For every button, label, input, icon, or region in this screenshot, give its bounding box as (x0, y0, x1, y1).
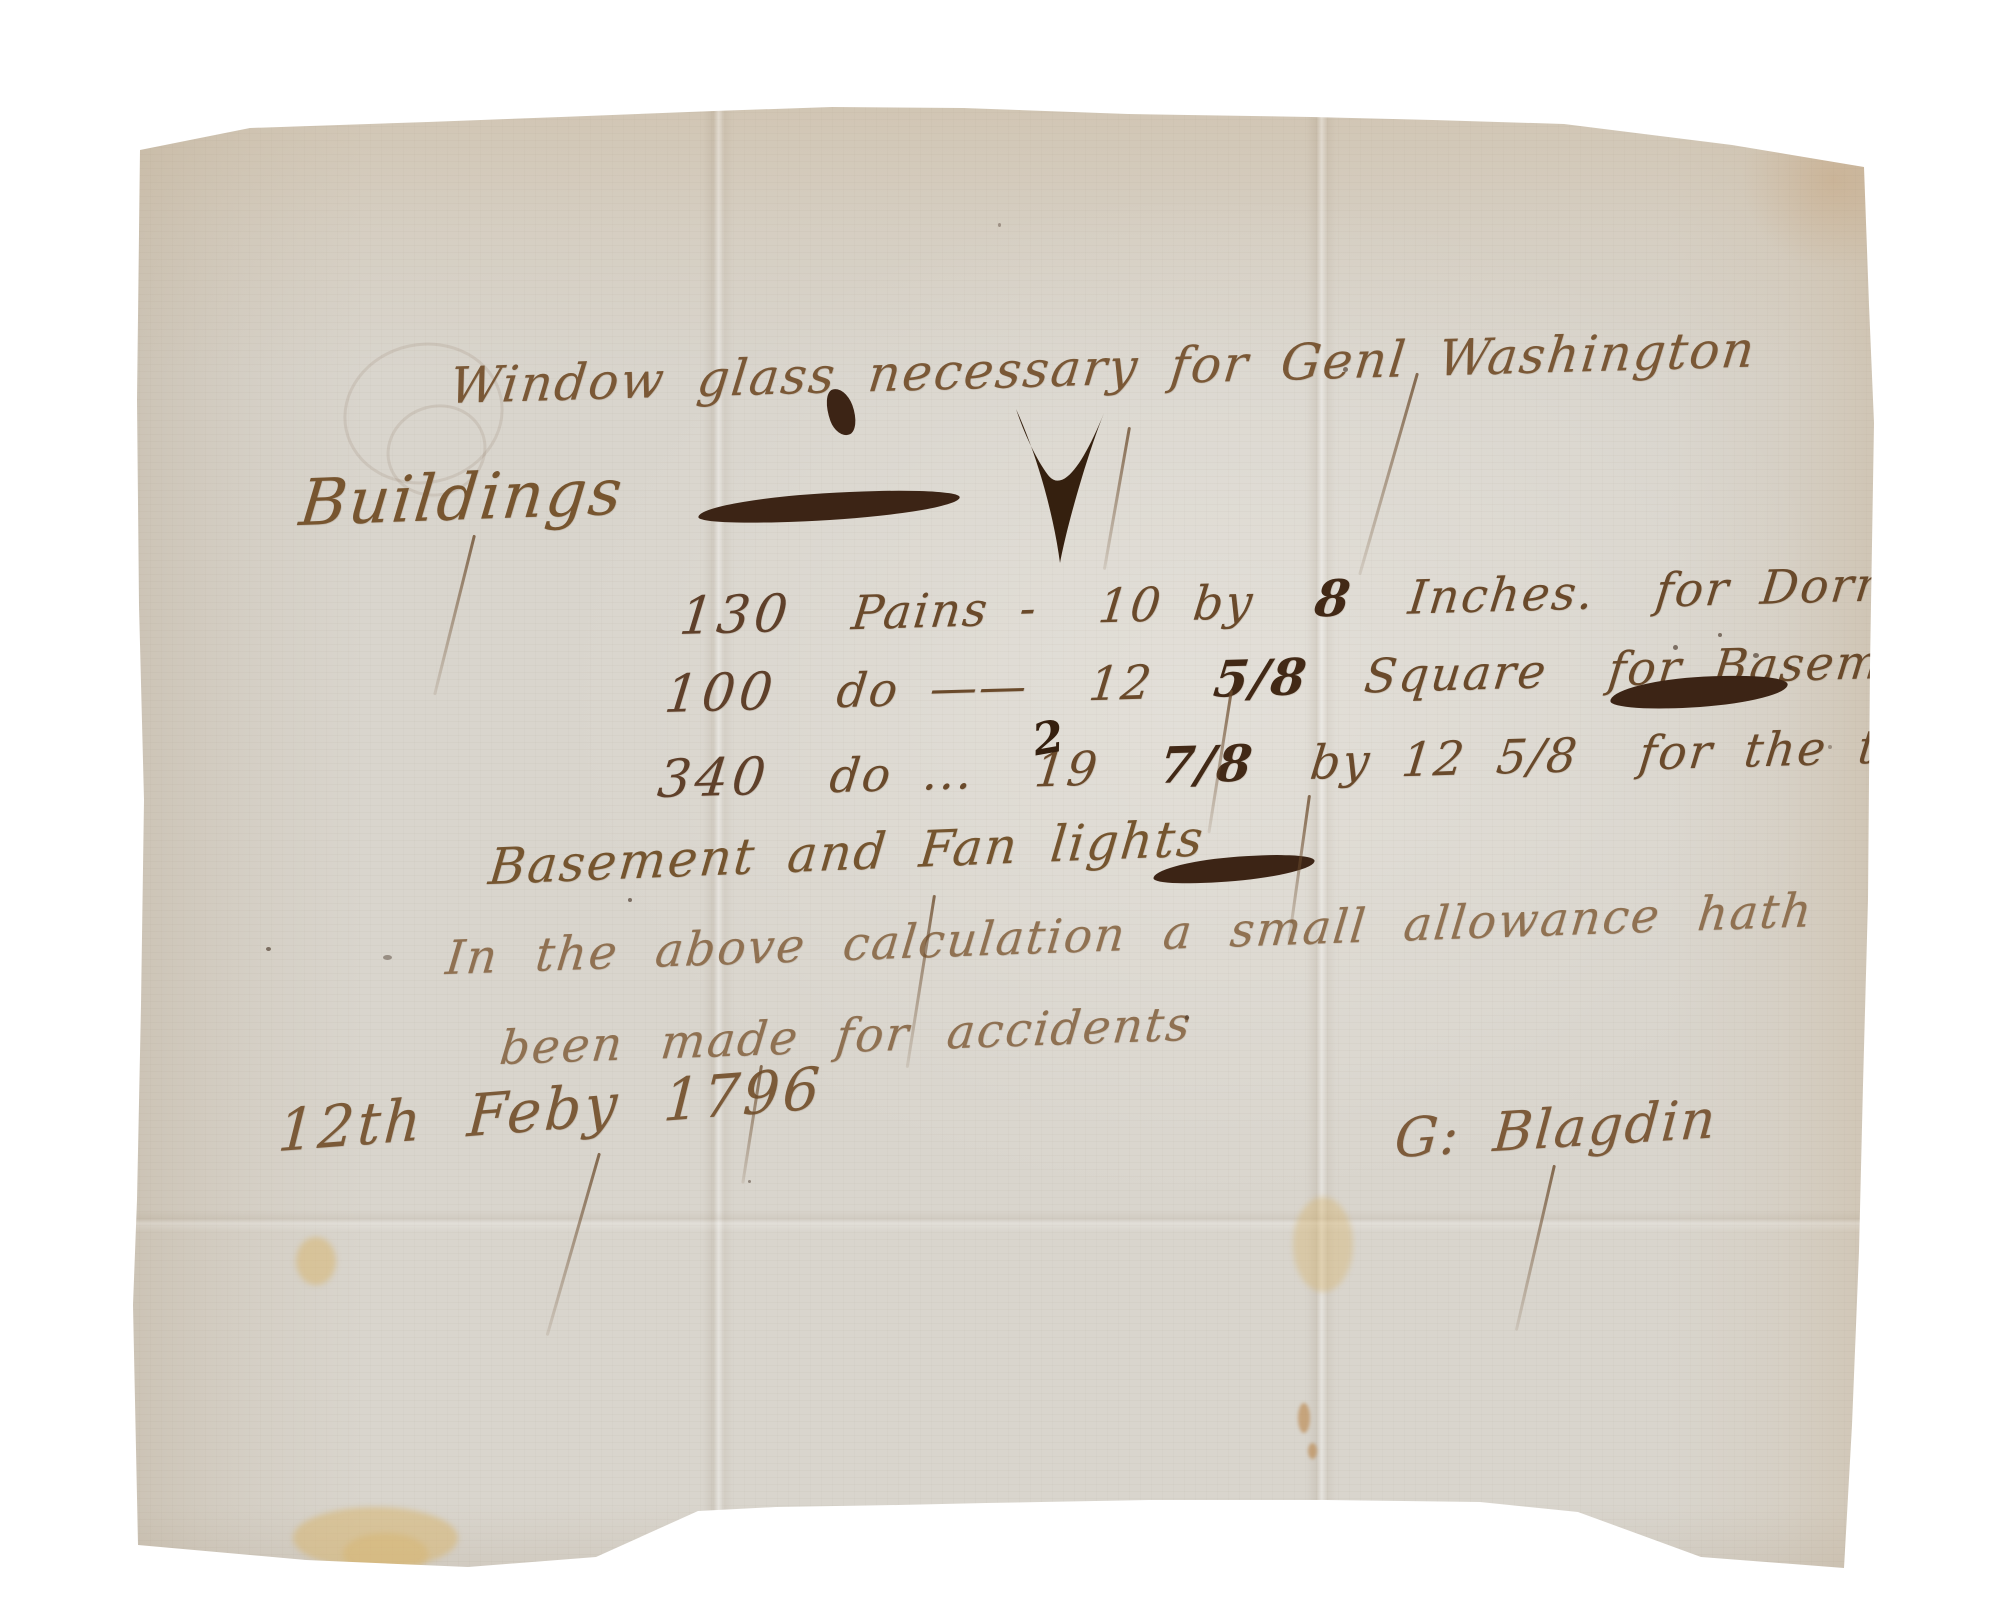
rust-fleck (1308, 1443, 1317, 1459)
vertical-fold-right (1306, 105, 1336, 1585)
item-fraction: 7/8 (1157, 733, 1257, 795)
flourish-washington-descender (1358, 373, 1419, 576)
ink-spatter (1718, 633, 1722, 637)
item-fraction: 8 (1312, 568, 1355, 628)
item-size2: Inches. (1405, 565, 1597, 625)
heading-line-1: Window glass necessary for Genl Washingt… (447, 320, 1759, 415)
stain-below-date (296, 1237, 336, 1285)
stain-right-center (1293, 1197, 1353, 1292)
item-unit: Pains - (849, 581, 1041, 641)
note-line-1: In the above calculation a small allowan… (443, 883, 1816, 986)
item-unit: do ... (827, 745, 977, 804)
ink-blot-dash-buildings (697, 485, 960, 528)
signature: G: Blagdin (1393, 1087, 1720, 1170)
rust-fleck (1298, 1403, 1310, 1433)
stain-bottom-left-2 (343, 1533, 428, 1575)
item-size: 12 (1086, 655, 1156, 712)
ink-spatter (1788, 665, 1792, 669)
ink-spatter (1753, 653, 1759, 658)
item-desc: for Dormers & Transom's (1653, 544, 2000, 619)
item-row-1: 130 Pains - 10 by 8 Inches. for Dormers … (677, 539, 2000, 647)
smudge (383, 955, 392, 960)
ink-spatter (1673, 645, 1678, 650)
item-size2: Square (1362, 644, 1551, 704)
item-fraction: 5/8 (1211, 647, 1311, 709)
flourish-signature-descender (1515, 1165, 1556, 1331)
speck (998, 223, 1001, 227)
item-qty: 100 (662, 662, 780, 725)
item-qty: 130 (677, 584, 795, 647)
item-row-2: 100 do —— 12 5/8 Square for Basement (662, 628, 1999, 725)
item-qty: 340 (655, 747, 773, 810)
ink-blot-check (1010, 405, 1110, 575)
note-line-2: been made for accidents (497, 997, 1195, 1076)
speck (628, 898, 632, 902)
speck (266, 947, 271, 951)
speck (1185, 1015, 1189, 1020)
speck (1828, 745, 1832, 749)
speck (1343, 367, 1348, 372)
horizontal-fold (128, 1210, 1876, 1232)
photo-canvas: Window glass necessary for Genl Washingt… (0, 0, 2000, 1600)
heading-line-2: Buildings (296, 456, 627, 542)
item-size: 10 by (1096, 575, 1258, 635)
speck (748, 1180, 751, 1183)
item-unit: do —— (834, 659, 1031, 720)
manuscript-paper: Window glass necessary for Genl Washingt… (128, 105, 1876, 1585)
item-desc: for the three story above (1636, 707, 2000, 782)
item-size2: by 12 5/8 (1307, 728, 1581, 791)
flourish-buildings-descender (433, 535, 476, 696)
continuation-line: Basement and Fan lights (486, 809, 1207, 896)
flourish-date-descender (546, 1153, 601, 1336)
